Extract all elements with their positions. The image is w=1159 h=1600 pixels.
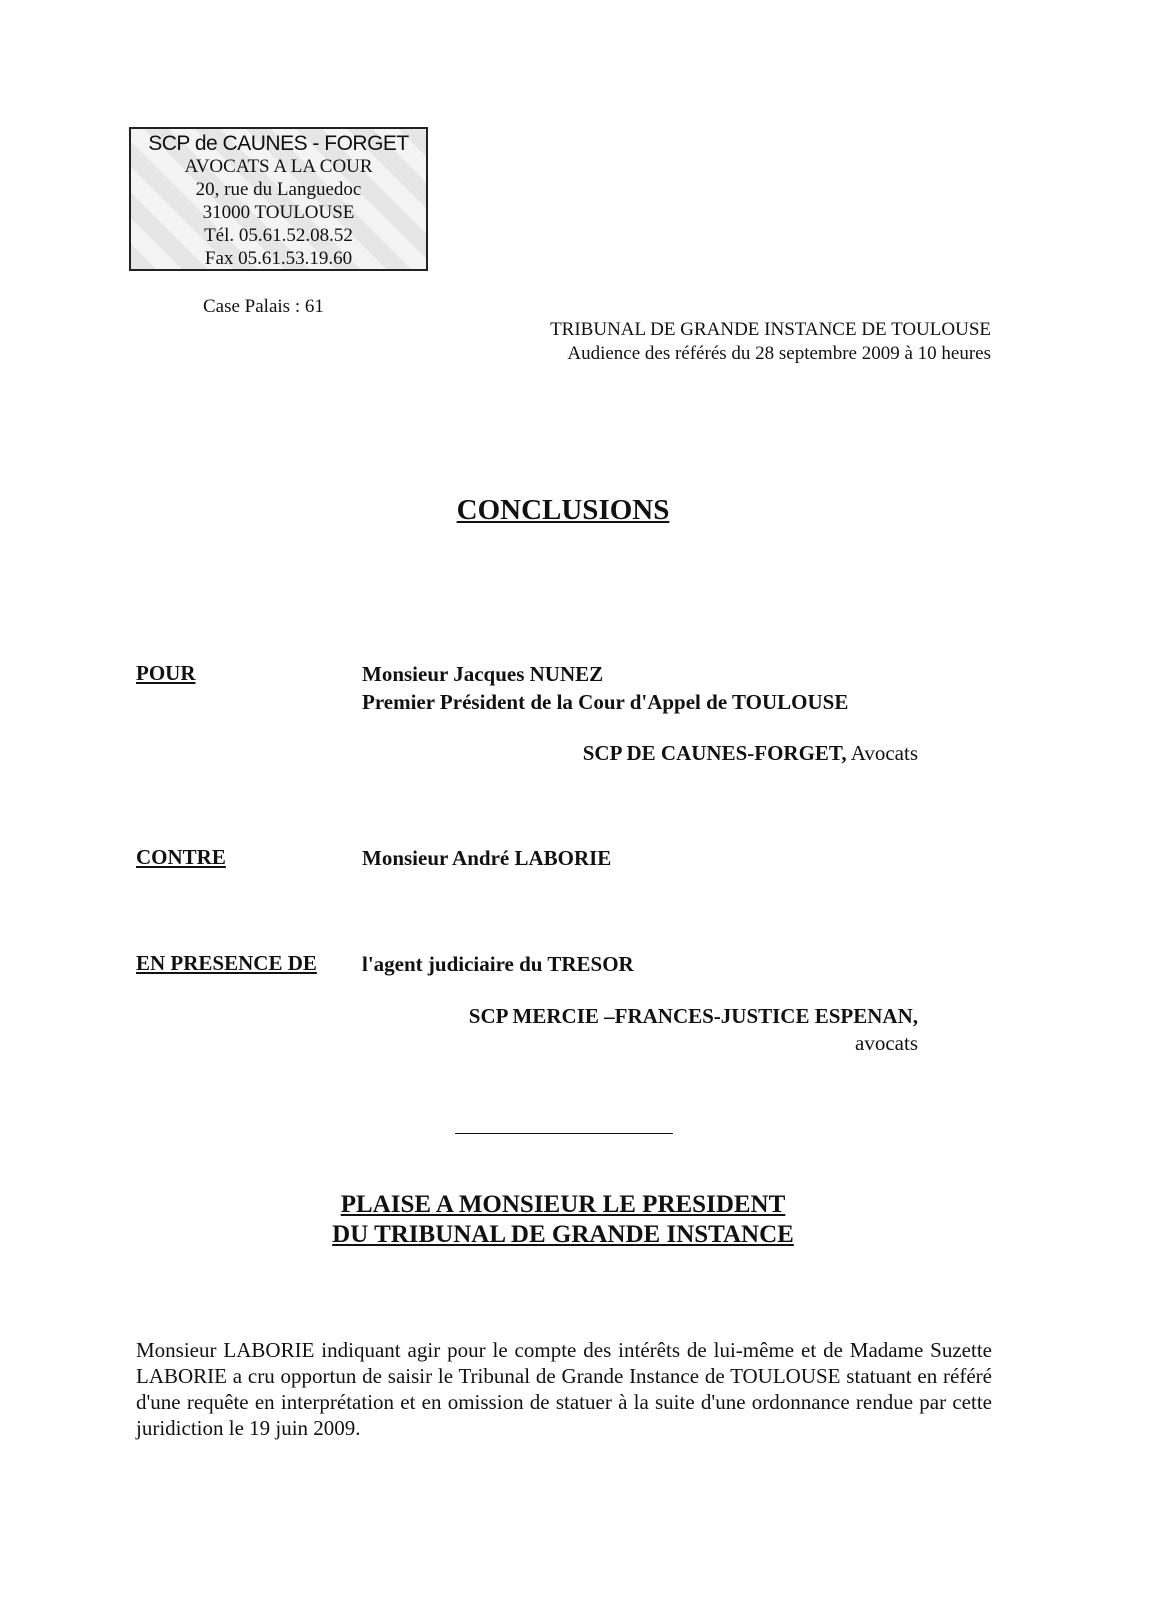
pour-name: Monsieur Jacques NUNEZ (362, 660, 848, 688)
pour-counsel-firm: SCP DE CAUNES-FORGET, (583, 741, 847, 765)
presence-counsel-firm: SCP MERCIE –FRANCES-JUSTICE ESPENAN, (469, 1004, 918, 1028)
firm-city: 31000 TOULOUSE (131, 201, 426, 224)
pour-party: Monsieur Jacques NUNEZ Premier Président… (362, 660, 848, 716)
plaise-line-2: DU TRIBUNAL DE GRANDE INSTANCE (0, 1220, 1126, 1250)
firm-subtitle: AVOCATS A LA COUR (131, 155, 426, 178)
presence-counsel: SCP MERCIE –FRANCES-JUSTICE ESPENAN, avo… (469, 1003, 918, 1057)
letterhead-box: SCP de CAUNES - FORGET AVOCATS A LA COUR… (129, 127, 428, 271)
separator-rule (455, 1133, 673, 1134)
plaise-line-1: PLAISE A MONSIEUR LE PRESIDENT (0, 1190, 1126, 1220)
body-paragraph: Monsieur LABORIE indiquant agir pour le … (136, 1337, 992, 1441)
presence-counsel-suffix: avocats (855, 1031, 918, 1055)
document-title: CONCLUSIONS (0, 494, 1126, 527)
firm-street: 20, rue du Languedoc (131, 178, 426, 201)
pour-label: POUR (136, 661, 196, 686)
plaise-heading: PLAISE A MONSIEUR LE PRESIDENT DU TRIBUN… (0, 1190, 1126, 1250)
contre-label: CONTRE (136, 845, 226, 870)
contre-name: Monsieur André LABORIE (362, 844, 611, 872)
pour-role: Premier Président de la Cour d'Appel de … (362, 688, 848, 716)
hearing-date: Audience des référés du 28 septembre 200… (550, 342, 991, 366)
firm-fax: Fax 05.61.53.19.60 (131, 247, 426, 270)
case-palais: Case Palais : 61 (203, 296, 324, 318)
court-header: TRIBUNAL DE GRANDE INSTANCE DE TOULOUSE … (550, 318, 991, 366)
court-name: TRIBUNAL DE GRANDE INSTANCE DE TOULOUSE (550, 318, 991, 342)
pour-counsel: SCP DE CAUNES-FORGET, Avocats (583, 740, 918, 767)
presence-label: EN PRESENCE DE (136, 951, 317, 976)
presence-name: l'agent judiciaire du TRESOR (362, 950, 634, 978)
pour-counsel-suffix: Avocats (847, 741, 918, 765)
firm-name: SCP de CAUNES - FORGET (131, 132, 426, 155)
firm-phone: Tél. 05.61.52.08.52 (131, 224, 426, 247)
